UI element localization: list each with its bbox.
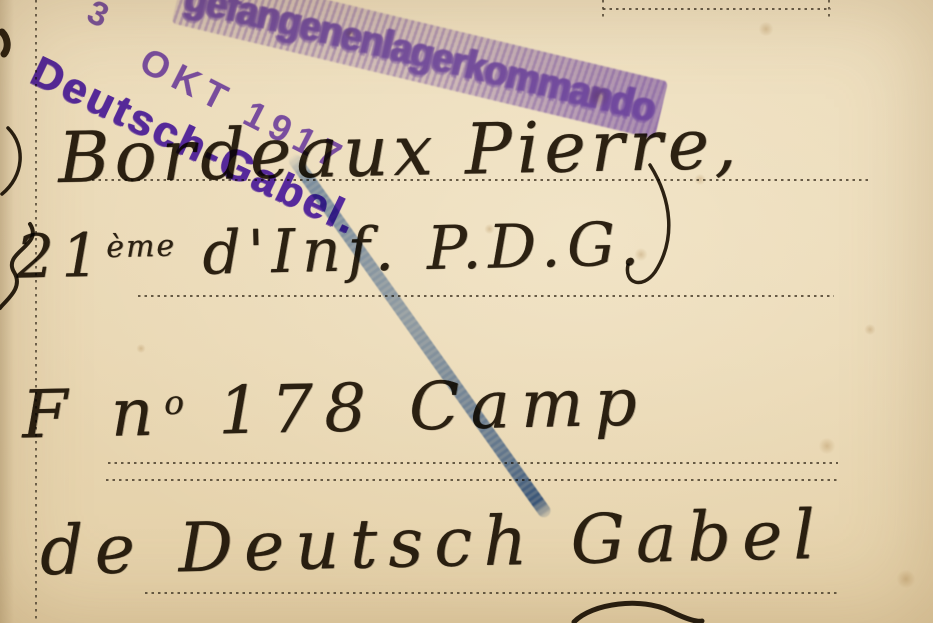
regiment-rest: d'Inf. P.D.G. (176, 209, 647, 289)
numero-superscript: o (164, 383, 187, 422)
handwriting-regiment-line: 21ème d'Inf. P.D.G. (15, 209, 646, 292)
age-spot (818, 438, 836, 454)
regiment-number: 21 (15, 221, 107, 293)
camp-number-rest: 178 Camp (185, 363, 648, 450)
dotted-tick-left (602, 0, 604, 17)
dotted-address-line-5 (145, 592, 837, 594)
age-spot (758, 22, 774, 36)
age-spot (136, 344, 146, 353)
regiment-ordinal-superscript: ème (106, 229, 177, 265)
dotted-tick-right (828, 0, 830, 17)
age-spot (864, 324, 876, 335)
dotted-address-line-2 (138, 295, 834, 297)
handwriting-place-line: de Deutsch Gabel (39, 496, 827, 591)
dotted-address-line-3 (108, 462, 838, 464)
dotted-address-line-4 (106, 479, 838, 481)
camp-number-prefix: F n (21, 374, 165, 454)
handwriting-name-line: Bordeaux Pierre, (57, 103, 742, 199)
scanned-postcard: { "stamps": { "camp_stamp": "gefangenenl… (0, 0, 933, 623)
age-spot (896, 570, 916, 588)
dotted-line-top-box (603, 8, 831, 10)
handwriting-camp-number-line: F no 178 Camp (21, 363, 648, 453)
